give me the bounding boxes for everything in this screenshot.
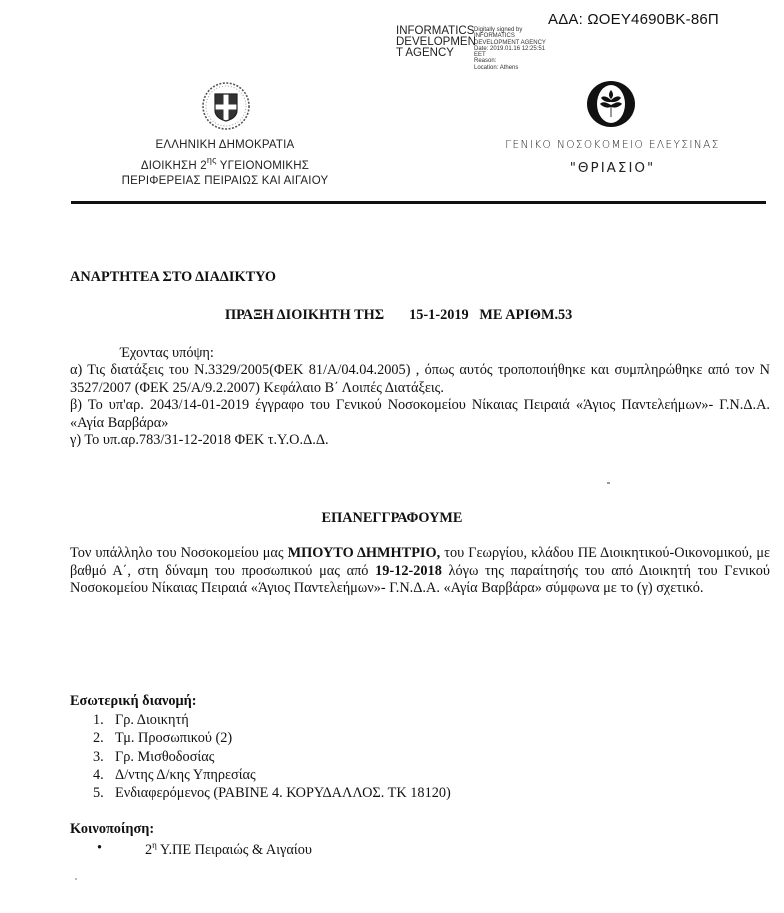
notification-list: •2η Υ.ΠΕ Πειραιώς & Αιγαίου (70, 840, 312, 859)
notification-heading: Κοινοποίηση: (70, 821, 154, 838)
authority-line-1: ΕΛΛΗΝΙΚΗ ΔΗΜΟΚΡΑΤΙΑ (100, 138, 350, 153)
scan-speck (75, 878, 77, 880)
distribution-item: 1.Γρ. Διοικητή (70, 711, 451, 729)
posting-note: ΑΝΑΡΤΗΤΕΑ ΣΤΟ ΔΙΑΔΙΚΤΥΟ (70, 269, 276, 286)
distribution-item: 2.Τμ. Προσωπικού (2) (70, 729, 451, 747)
issuing-authority: ΕΛΛΗΝΙΚΗ ΔΗΜΟΚΡΑΤΙΑ ΔΙΟΙΚΗΣΗ 2ης ΥΓΕΙΟΝΟ… (100, 138, 350, 189)
header-divider (71, 201, 766, 204)
considering-label: Έχοντας υπόψη: (120, 345, 214, 362)
distribution-item: 4.Δ/ντης Δ/κης Υπηρεσίας (70, 766, 451, 784)
references-list: α) Τις διατάξεις του Ν.3329/2005(ΦΕΚ 81/… (70, 362, 770, 450)
internal-distribution-heading: Εσωτερική διανομή: (70, 693, 197, 710)
distribution-item: 3.Γρ. Μισθοδοσίας (70, 748, 451, 766)
act-title: ΠΡΑΞΗ ΔΙΟΙΚΗΤΗ ΤΗΣ 15-1-2019 ΜΕ ΑΡΙΘΜ.53 (225, 307, 572, 324)
notification-item: •2η Υ.ΠΕ Πειραιώς & Αιγαίου (70, 840, 312, 859)
decision-paragraph: Τον υπάλληλο του Νοσοκομείου μας ΜΠΟΥΤΟ … (70, 545, 770, 598)
hospital-subtitle: "ΘΡΙΑΣΙΟ" (505, 160, 720, 176)
ada-code: ΑΔΑ: ΩΟΕΥ4690ΒΚ-86Π (548, 11, 719, 28)
signature-detail-line: Location: Athens (474, 65, 546, 71)
bullet-icon: • (97, 840, 102, 857)
digital-signer-name: INFORMATICS DEVELOPMEN T AGENCY (396, 26, 476, 59)
scan-speck (607, 482, 610, 484)
hospital-name: ΓΕΝΙΚΟ ΝΟΣΟΚΟΜΕΙΟ ΕΛΕΥΣΙΝΑΣ (505, 139, 720, 151)
reference-item: β) Το υπ'αρ. 2043/14-01-2019 έγγραφο του… (70, 397, 770, 432)
authority-line-2: ΔΙΟΙΚΗΣΗ 2ης ΥΓΕΙΟΝΟΜΙΚΗΣ (100, 153, 350, 174)
distribution-item: 5.Ενδιαφερόμενος (ΡΑΒΙΝΕ 4. ΚΟΡΥΔΑΛΛΟΣ. … (70, 784, 451, 802)
effective-date: 19-12-2018 (375, 563, 442, 579)
decision-heading: ΕΠΑΝΕΓΓΡΑΦΟΥΜΕ (0, 510, 784, 527)
internal-distribution-list: 1.Γρ. Διοικητή 2.Τμ. Προσωπικού (2) 3.Γρ… (70, 711, 451, 802)
signature-detail-line: DEVELOPMENT AGENCY (474, 40, 546, 46)
hospital-wheat-logo-icon (583, 78, 639, 130)
reference-item: α) Τις διατάξεις του Ν.3329/2005(ΦΕΚ 81/… (70, 362, 770, 397)
digital-signature-details: Digitally signed by INFORMATICS DEVELOPM… (474, 27, 546, 71)
reference-item: γ) Το υπ.αρ.783/31-12-2018 ΦΕΚ τ.Υ.Ο.Δ.Δ… (70, 432, 770, 450)
ordinal-suffix: ης (207, 155, 217, 165)
signer-line: T AGENCY (396, 48, 476, 59)
authority-line-3: ΠΕΡΙΦΕΡΕΙΑΣ ΠΕΙΡΑΙΩΣ ΚΑΙ ΑΙΓΑΙΟΥ (100, 174, 350, 189)
employee-name: ΜΠΟΥΤΟ ΔΗΜΗΤΡΙΟ, (288, 545, 441, 561)
greek-coat-of-arms-icon (200, 80, 252, 132)
